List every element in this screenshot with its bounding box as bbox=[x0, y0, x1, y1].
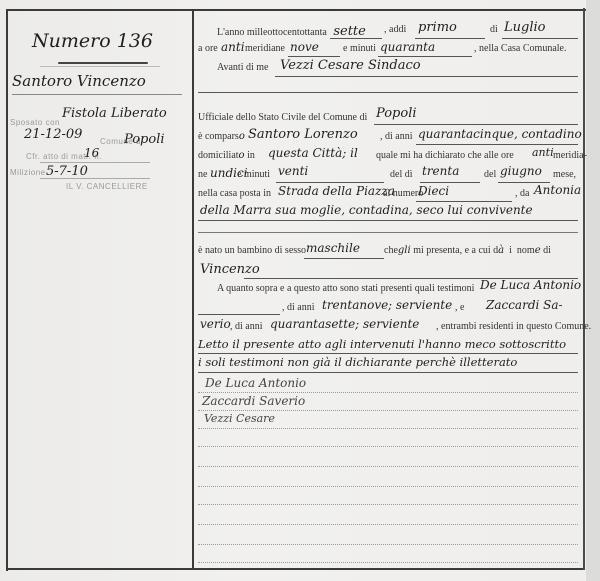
hand-year: sette bbox=[333, 24, 366, 39]
fill-rule bbox=[415, 38, 485, 39]
printed-text: è compars bbox=[198, 131, 239, 142]
hand-declarant-name: Santoro Lorenzo bbox=[248, 127, 358, 142]
hand-sex: maschile bbox=[306, 241, 360, 255]
hand-comune: Popoli bbox=[376, 106, 417, 121]
registrant-name: Santoro Vincenzo bbox=[12, 72, 146, 90]
page-edge bbox=[586, 0, 600, 581]
printed-text: e minuti bbox=[237, 169, 270, 180]
rule bbox=[40, 162, 150, 163]
hand-birth-month: giugno bbox=[500, 164, 542, 178]
fill-rule bbox=[276, 182, 384, 183]
hand-witness-2: Zaccardi Sa- bbox=[486, 298, 563, 312]
hand-pronoun: gli bbox=[398, 245, 411, 256]
printed-text: in bbox=[247, 150, 255, 161]
printed-text: i bbox=[509, 245, 512, 256]
printed-text: mese, bbox=[553, 169, 576, 180]
hand-mother-detail: della Marra sua moglie, contadina, seco … bbox=[200, 203, 533, 217]
printed-text: nella casa posta in bbox=[198, 188, 271, 199]
annotation-marriage-date: 21-12-09 bbox=[24, 127, 82, 142]
printed-text: A quanto sopra e a questo atto sono stat… bbox=[217, 283, 474, 294]
hand-witness-2-age: quarantasette; serviente bbox=[270, 317, 419, 331]
printed-text: L'anno milleottocentottanta bbox=[217, 27, 327, 38]
printed-text: è nato un bambino di sesso bbox=[198, 245, 306, 256]
record-number-label: Numero bbox=[32, 30, 111, 52]
hand-house-number: Dieci bbox=[418, 184, 449, 198]
signature-witness-1: De Luca Antonio bbox=[205, 376, 306, 390]
body-line-5: è comparso bbox=[198, 131, 245, 142]
printed-text: , di anni bbox=[230, 321, 263, 332]
printed-text: del dì bbox=[390, 169, 413, 180]
dotted-rule bbox=[198, 486, 578, 487]
dotted-rule bbox=[198, 392, 578, 393]
printed-text: , entrambi residenti in questo Comune. bbox=[436, 321, 591, 332]
hand-witness-1: De Luca Antonio bbox=[480, 278, 581, 292]
hand-hours: nove bbox=[290, 40, 319, 54]
fill-rule bbox=[416, 201, 512, 202]
hand-day: primo bbox=[418, 20, 457, 35]
dotted-rule bbox=[198, 410, 578, 411]
fill-rule bbox=[378, 56, 472, 57]
frame-border-left bbox=[6, 9, 8, 571]
signature-officer: Vezzi Cesare bbox=[204, 412, 275, 425]
hand-ampm: anti bbox=[221, 40, 245, 54]
printed-text: che bbox=[384, 245, 398, 256]
printed-text: nom bbox=[517, 245, 535, 256]
fill-rule bbox=[420, 182, 480, 183]
hand-birth-minutes: venti bbox=[278, 164, 308, 178]
printed-text: a ore bbox=[198, 43, 218, 54]
hand-declarant-age: quarantacinque, contadino bbox=[418, 127, 582, 141]
hand-closing-1: Letto il presente atto agli intervenuti … bbox=[198, 337, 566, 351]
body-line-6: domiciliato in bbox=[198, 150, 255, 161]
printed-text: quale mi ha dichiarato che alle ore bbox=[376, 150, 514, 161]
dotted-rule bbox=[198, 524, 578, 525]
printed-text: Ufficiale dello Stato Civile del Comune … bbox=[198, 112, 367, 123]
stamp-line: Milizione bbox=[10, 168, 46, 177]
annotation-act-number: 16 bbox=[84, 146, 99, 160]
printed-text: , addì bbox=[384, 24, 406, 35]
printed-text: meridiane bbox=[245, 43, 285, 54]
signature-witness-2: Zaccardi Saverio bbox=[202, 394, 305, 408]
dotted-rule bbox=[198, 466, 578, 467]
printed-text: e minuti bbox=[343, 43, 376, 54]
printed-text: meridia- bbox=[553, 150, 587, 161]
hand-suffix: o bbox=[239, 131, 245, 142]
hand-ampm: anti bbox=[532, 146, 554, 159]
column-divider bbox=[192, 10, 194, 570]
printed-text: , da bbox=[515, 188, 529, 199]
fill-rule bbox=[198, 353, 578, 354]
rule bbox=[40, 66, 160, 67]
stamp-line: Sposato con bbox=[10, 118, 60, 127]
printed-text: mi presenta, e a cui d bbox=[413, 245, 498, 256]
dotted-rule bbox=[198, 428, 578, 429]
printed-text: di bbox=[543, 245, 551, 256]
hand-suffix: o bbox=[239, 150, 245, 161]
annotation-date: 5-7-10 bbox=[46, 164, 88, 179]
printed-text: del bbox=[484, 169, 496, 180]
rule bbox=[12, 94, 182, 95]
hand-child-name: Vincenzo bbox=[200, 262, 260, 277]
dotted-rule bbox=[198, 504, 578, 505]
hand-mother-name: Antonia bbox=[534, 183, 581, 197]
hand-witness-1-age: trentanove bbox=[322, 298, 388, 312]
hand-officer: Vezzi Cesare Sindaco bbox=[280, 58, 421, 73]
stamp-signature-line: IL V. CANCELLIERE bbox=[66, 182, 148, 191]
record-number-value: 136 bbox=[117, 30, 153, 52]
fill-rule bbox=[330, 38, 382, 39]
hand-verb: à bbox=[498, 245, 504, 256]
fill-rule bbox=[198, 92, 578, 93]
frame-border-top bbox=[6, 9, 586, 11]
fill-rule bbox=[275, 76, 578, 77]
annotation-spouse-name: Fistola Liberato bbox=[62, 106, 167, 121]
record-number: Numero 136 bbox=[32, 30, 153, 52]
fill-rule bbox=[288, 56, 340, 57]
hand-witness-2-end: verio bbox=[200, 317, 231, 331]
hand-minutes: quaranta bbox=[380, 40, 435, 54]
frame-border-right bbox=[583, 8, 585, 570]
hand-closing-2: i soli testimoni non già il dichiarante … bbox=[198, 355, 517, 369]
body-line-10: chegli mi presenta, e a cui dà i nome di bbox=[384, 245, 551, 256]
hand-street: Strada della Piazza bbox=[278, 184, 395, 198]
fill-rule bbox=[198, 220, 578, 221]
fill-rule bbox=[374, 124, 578, 125]
printed-text: , di anni bbox=[282, 302, 315, 313]
printed-text: Avanti di me bbox=[217, 62, 268, 73]
printed-text: , e bbox=[455, 302, 464, 313]
printed-text: , di anni bbox=[380, 131, 413, 142]
hand-birth-day: trenta bbox=[422, 164, 459, 178]
fill-rule bbox=[416, 144, 578, 145]
frame-border-bottom bbox=[8, 568, 584, 570]
dotted-rule bbox=[198, 446, 578, 447]
fill-rule bbox=[198, 232, 578, 233]
printed-text: domiciliat bbox=[198, 150, 239, 161]
hand-month: Luglio bbox=[504, 20, 545, 35]
hand-suffix: e bbox=[535, 245, 541, 256]
body-line-1: L'anno milleottocentottanta sette bbox=[217, 24, 366, 39]
hand-domicile: questa Città; il bbox=[268, 146, 358, 160]
fill-rule bbox=[502, 38, 578, 39]
document-page: Numero 136 Santoro Vincenzo Sposato con … bbox=[0, 0, 600, 581]
annotation-comune: Popoli bbox=[124, 132, 165, 147]
printed-text: ne bbox=[198, 169, 207, 180]
printed-text: , nella Casa Comunale. bbox=[474, 43, 566, 54]
flourish-divider bbox=[58, 62, 148, 64]
hand-witness-1-occupation: ; serviente bbox=[388, 298, 452, 312]
printed-text: di bbox=[490, 24, 498, 35]
rule bbox=[40, 178, 150, 179]
fill-rule bbox=[198, 314, 280, 315]
dotted-rule bbox=[198, 544, 578, 545]
fill-rule bbox=[304, 258, 384, 259]
fill-rule bbox=[198, 372, 578, 373]
dotted-rule bbox=[198, 562, 578, 563]
